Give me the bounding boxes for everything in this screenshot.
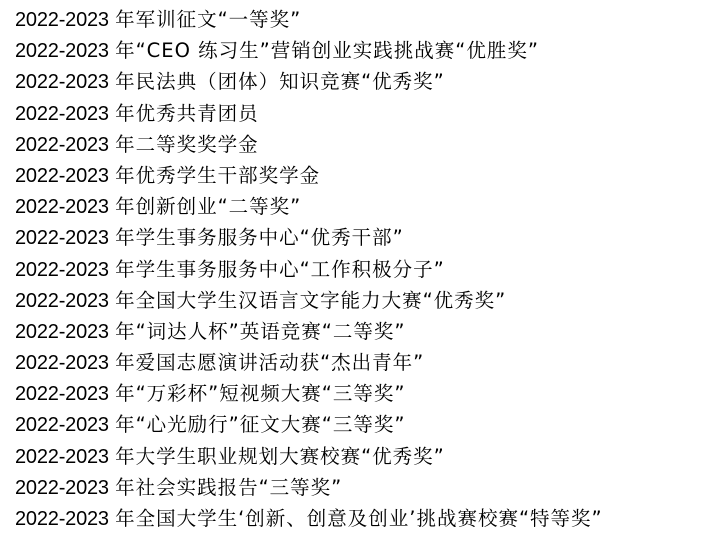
award-text: 年“CEO 练习生”营销创业实践挑战赛“优胜奖” [115, 39, 539, 62]
award-year: 2022-2023 [15, 477, 109, 499]
award-text: 年“词达人杯”英语竞赛“二等奖” [115, 320, 405, 343]
award-item: 2022-2023 年学生事务服务中心“优秀干部” [15, 222, 711, 253]
award-item: 2022-2023 年创新创业“二等奖” [15, 191, 711, 222]
award-item: 2022-2023 年军训征文“一等奖” [15, 4, 711, 35]
award-item: 2022-2023 年“CEO 练习生”营销创业实践挑战赛“优胜奖” [15, 35, 711, 66]
award-year: 2022-2023 [15, 259, 109, 281]
award-year: 2022-2023 [15, 103, 109, 125]
award-year: 2022-2023 [15, 321, 109, 343]
award-text: 年民法典（团体）知识竞赛“优秀奖” [115, 70, 445, 93]
award-year: 2022-2023 [15, 196, 109, 218]
award-text: 年优秀共青团员 [115, 102, 259, 125]
award-item: 2022-2023 年优秀学生干部奖学金 [15, 160, 711, 191]
award-item: 2022-2023 年学生事务服务中心“工作积极分子” [15, 254, 711, 285]
award-item: 2022-2023 年社会实践报告“三等奖” [15, 472, 711, 503]
award-text: 年爱国志愿演讲活动获“杰出青年” [115, 351, 424, 374]
award-text: 年全国大学生汉语言文字能力大赛“优秀奖” [115, 289, 506, 312]
award-item: 2022-2023 年“万彩杯”短视频大赛“三等奖” [15, 378, 711, 409]
awards-list: 2022-2023 年军训征文“一等奖” 2022-2023 年“CEO 练习生… [15, 4, 711, 534]
award-year: 2022-2023 [15, 165, 109, 187]
award-year: 2022-2023 [15, 290, 109, 312]
award-text: 年全国大学生‘创新、创意及创业’挑战赛校赛“特等奖” [115, 507, 603, 530]
award-text: 年“心光励行”征文大赛“三等奖” [115, 413, 405, 436]
award-item: 2022-2023 年全国大学生汉语言文字能力大赛“优秀奖” [15, 285, 711, 316]
award-item: 2022-2023 年“词达人杯”英语竞赛“二等奖” [15, 316, 711, 347]
award-text: 年社会实践报告“三等奖” [115, 476, 342, 499]
award-item: 2022-2023 年二等奖奖学金 [15, 129, 711, 160]
award-item: 2022-2023 年全国大学生‘创新、创意及创业’挑战赛校赛“特等奖” [15, 503, 711, 534]
award-text: 年创新创业“二等奖” [115, 195, 301, 218]
award-year: 2022-2023 [15, 383, 109, 405]
award-year: 2022-2023 [15, 134, 109, 156]
award-year: 2022-2023 [15, 9, 109, 31]
award-year: 2022-2023 [15, 40, 109, 62]
award-text: 年军训征文“一等奖” [115, 8, 301, 31]
award-year: 2022-2023 [15, 508, 109, 530]
award-item: 2022-2023 年大学生职业规划大赛校赛“优秀奖” [15, 441, 711, 472]
award-text: 年二等奖奖学金 [115, 133, 259, 156]
award-text: 年大学生职业规划大赛校赛“优秀奖” [115, 445, 445, 468]
award-item: 2022-2023 年民法典（团体）知识竞赛“优秀奖” [15, 66, 711, 97]
award-item: 2022-2023 年“心光励行”征文大赛“三等奖” [15, 409, 711, 440]
award-item: 2022-2023 年优秀共青团员 [15, 98, 711, 129]
award-text: 年学生事务服务中心“工作积极分子” [115, 258, 445, 281]
award-item: 2022-2023 年爱国志愿演讲活动获“杰出青年” [15, 347, 711, 378]
award-year: 2022-2023 [15, 446, 109, 468]
award-year: 2022-2023 [15, 352, 109, 374]
award-text: 年优秀学生干部奖学金 [115, 164, 320, 187]
award-year: 2022-2023 [15, 227, 109, 249]
award-year: 2022-2023 [15, 71, 109, 93]
award-text: 年学生事务服务中心“优秀干部” [115, 226, 404, 249]
award-year: 2022-2023 [15, 414, 109, 436]
award-text: 年“万彩杯”短视频大赛“三等奖” [115, 382, 405, 405]
